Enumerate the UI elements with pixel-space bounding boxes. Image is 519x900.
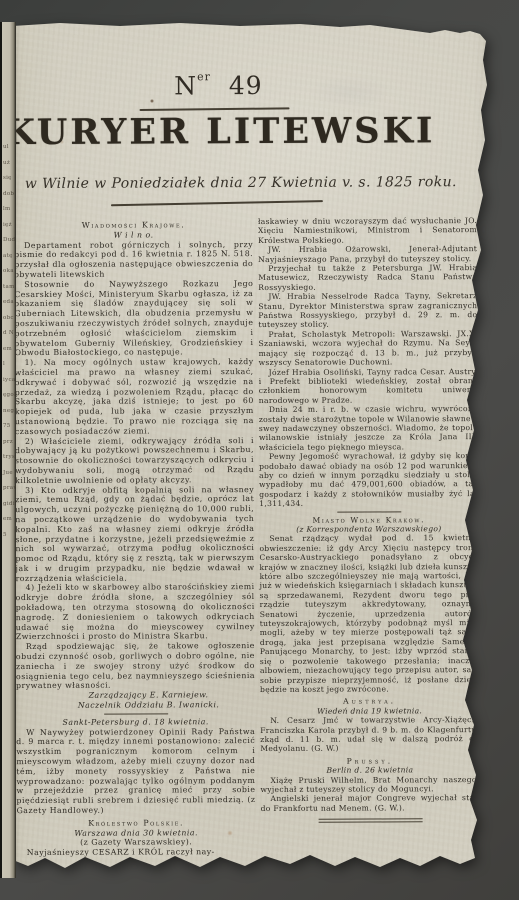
- paragraph: 4) Jeżeli kto w skarbowey albo starościń…: [16, 583, 255, 643]
- dateline: w Wilnie w Poniedziałek dnia 27 Kwietnia…: [25, 175, 355, 192]
- paragraph: Rząd spodziewając się, że takowe ogłosze…: [16, 641, 255, 691]
- left-column: Wiadomości Krajowe. W i l n o. Departame…: [14, 217, 256, 858]
- paragraph: Nayjaśnieyszy CESARZ i KRÓL raczył nay-: [17, 847, 256, 858]
- paragraph: Przyjechał tu także z Petersburga JW. Hr…: [258, 263, 477, 292]
- paragraph: W Naywyżey potwierdzoney Opinii Rady Pań…: [16, 727, 255, 816]
- paragraph: 2) Właściciele ziemi, odkrywający źródła…: [15, 436, 254, 486]
- page-content: Ner 49 KURYER LITEWSKI w Wilnie w Ponied…: [0, 0, 519, 900]
- paragraph: Senat rządzący wydał pod d. 15 kwietnia …: [259, 533, 479, 694]
- adjacent-page-text-fragments: ul uż się dob lm ięż Dud atę oka tam eda…: [3, 140, 15, 543]
- paragraph: Dnia 24 m. i r. b. w czasie wichru, wywr…: [259, 404, 478, 452]
- issue-prefix: N: [174, 71, 197, 100]
- newspaper-page: Ner 49 KURYER LITEWSKI w Wilnie w Ponied…: [0, 0, 519, 900]
- paragraph: Angielski jenerał major Congreve wyjecha…: [261, 793, 480, 813]
- issue-number: 49: [229, 71, 263, 100]
- end-divider: [318, 818, 422, 819]
- paragraph: łaskawiey w dniu wczorayszym dać wysłuch…: [258, 216, 477, 245]
- paragraph: 1). Na mocy ogólnych ustaw krajowych, ka…: [15, 357, 254, 436]
- right-column: łaskawiey w dniu wczorayszym dać wysłuch…: [258, 216, 480, 828]
- newspaper-title: KURYER LITEWSKI: [5, 109, 417, 155]
- section-divider: [104, 713, 168, 714]
- scan-background: Ner 49 KURYER LITEWSKI w Wilnie w Ponied…: [0, 0, 519, 900]
- issue-number-line: Ner 49: [0, 69, 438, 101]
- paragraph: Pewny Jegomość wyrachował, iż gdyby się …: [259, 451, 478, 508]
- paragraph: Xiążę Pruski Wilhelm, Brat Monarchy nasz…: [260, 775, 479, 795]
- paragraph: JW. Hrabia Ożarowski, Jenerał-Adjutant N…: [258, 244, 477, 264]
- issue-superscript: er: [197, 70, 211, 83]
- paragraph: JW. Hrabia Nesselrode Radca Tayny, Sekre…: [258, 291, 477, 330]
- paper-wrapper: Ner 49 KURYER LITEWSKI w Wilnie w Ponied…: [0, 0, 519, 900]
- paragraph: 3) Kto odkryje obfitą kopalnią soli na w…: [15, 485, 254, 584]
- paragraph: N. Cesarz Jmć w towarzystwie Arcy-Xiążęc…: [260, 715, 479, 754]
- paragraph: Stosownie do Naywyższego Rozkazu Jego Ce…: [14, 279, 253, 358]
- paragraph: Józef Hrabia Osoliński, Tayny radca Cesa…: [259, 367, 478, 406]
- paragraph: Departament robot górniczych i solnych, …: [14, 240, 253, 280]
- paragraph: Prałat, Scholastyk Metropoli: Warszawski…: [258, 329, 477, 368]
- signature-line: Naczelnik Oddziału B. Iwanicki.: [16, 700, 255, 711]
- adjacent-page-edge: ul uż się dob lm ięż Dud atę oka tam eda…: [0, 22, 16, 878]
- masthead-rule-bottom: [111, 200, 323, 206]
- section-divider: [337, 511, 401, 512]
